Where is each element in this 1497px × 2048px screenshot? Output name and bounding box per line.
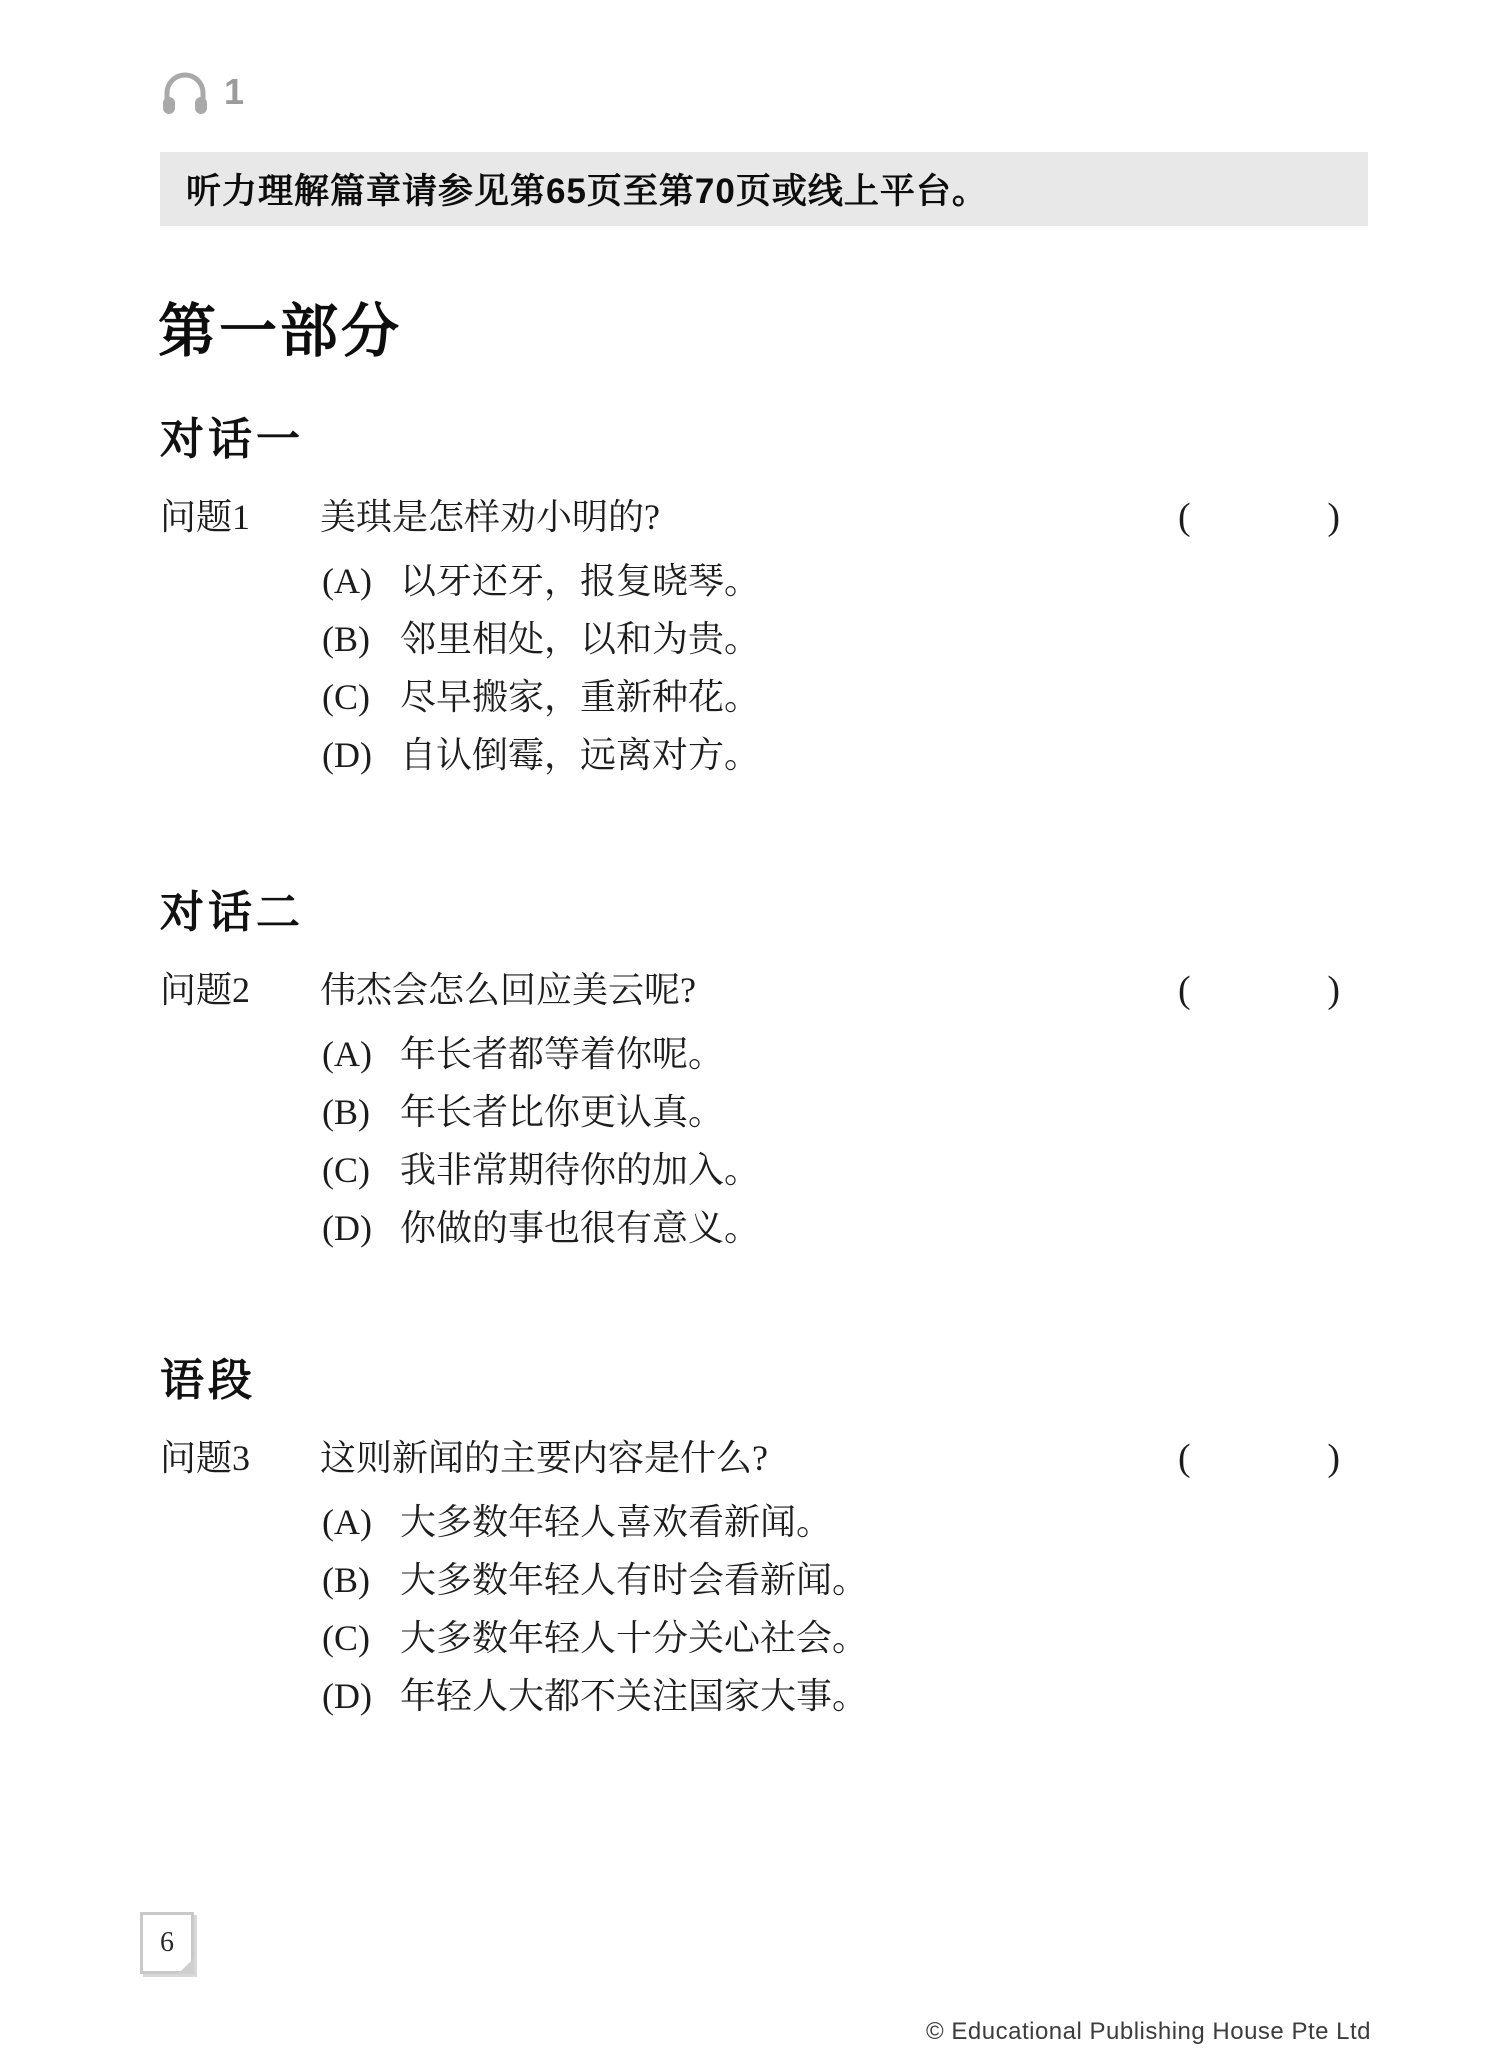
options-list: (A) 年长者都等着你呢。 (B) 年长者比你更认真。 (C) 我非常期待你的加… bbox=[160, 1034, 1370, 1249]
question-label: 问题2 bbox=[160, 970, 320, 1011]
option-text: 大多数年轻人有时会看新闻。 bbox=[400, 1560, 1370, 1601]
section-heading: 对话一 bbox=[160, 415, 1370, 465]
page-corner-fold-icon bbox=[178, 1958, 194, 1974]
option-letter: (A) bbox=[322, 1034, 400, 1075]
option-row: (C) 大多数年轻人十分关心社会。 bbox=[160, 1618, 1370, 1659]
option-text: 以牙还牙，报复晓琴。 bbox=[400, 561, 1370, 602]
listening-notice-banner: 听力理解篇章请参见第65页至第70页或线上平台。 bbox=[160, 152, 1368, 226]
bracket-open: ( bbox=[1178, 1438, 1191, 1479]
option-text: 我非常期待你的加入。 bbox=[400, 1150, 1370, 1191]
option-letter: (C) bbox=[322, 677, 400, 718]
option-text: 年长者都等着你呢。 bbox=[400, 1034, 1370, 1075]
option-row: (D) 年轻人大都不关注国家大事。 bbox=[160, 1676, 1370, 1717]
audio-track-number: 1 bbox=[224, 71, 244, 113]
question-row: 问题1 美琪是怎样劝小明的? ( ) bbox=[160, 497, 1370, 538]
option-row: (A) 年长者都等着你呢。 bbox=[160, 1034, 1370, 1075]
bracket-close: ) bbox=[1327, 970, 1340, 1011]
question-label: 问题1 bbox=[160, 497, 320, 538]
option-letter: (B) bbox=[322, 1560, 400, 1601]
document-page: 1 听力理解篇章请参见第65页至第70页或线上平台。 第一部分 对话一 问题1 … bbox=[0, 0, 1497, 2048]
option-row: (B) 邻里相处，以和为贵。 bbox=[160, 619, 1370, 660]
option-row: (A) 以牙还牙，报复晓琴。 bbox=[160, 561, 1370, 602]
option-letter: (A) bbox=[322, 1502, 400, 1543]
option-row: (D) 自认倒霉，远离对方。 bbox=[160, 735, 1370, 776]
option-letter: (A) bbox=[322, 561, 400, 602]
bracket-close: ) bbox=[1327, 497, 1340, 538]
section-dialogue-2: 对话二 问题2 伟杰会怎么回应美云呢? ( ) (A) 年长者都等着你呢。 (B… bbox=[160, 888, 1370, 1266]
option-text: 尽早搬家，重新种花。 bbox=[400, 677, 1370, 718]
question-label: 问题3 bbox=[160, 1438, 320, 1479]
options-list: (A) 以牙还牙，报复晓琴。 (B) 邻里相处，以和为贵。 (C) 尽早搬家，重… bbox=[160, 561, 1370, 776]
notice-text: 听力理解篇章请参见第65页至第70页或线上平台。 bbox=[186, 164, 988, 214]
part-title: 第一部分 bbox=[158, 284, 402, 368]
page-number: 6 bbox=[160, 1927, 174, 1959]
page-number-box: 6 bbox=[140, 1912, 194, 1974]
question-row: 问题3 这则新闻的主要内容是什么? ( ) bbox=[160, 1438, 1370, 1479]
answer-bracket: ( ) bbox=[1178, 497, 1340, 538]
section-heading: 对话二 bbox=[160, 888, 1370, 938]
bracket-open: ( bbox=[1178, 970, 1191, 1011]
section-passage: 语段 问题3 这则新闻的主要内容是什么? ( ) (A) 大多数年轻人喜欢看新闻… bbox=[160, 1356, 1370, 1734]
option-letter: (D) bbox=[322, 1208, 400, 1249]
option-text: 年轻人大都不关注国家大事。 bbox=[400, 1676, 1370, 1717]
option-row: (B) 年长者比你更认真。 bbox=[160, 1092, 1370, 1133]
section-heading: 语段 bbox=[160, 1356, 1370, 1406]
answer-bracket: ( ) bbox=[1178, 1438, 1340, 1479]
option-row: (C) 尽早搬家，重新种花。 bbox=[160, 677, 1370, 718]
headphones-icon bbox=[158, 66, 212, 118]
option-text: 大多数年轻人喜欢看新闻。 bbox=[400, 1502, 1370, 1543]
option-text: 年长者比你更认真。 bbox=[400, 1092, 1370, 1133]
option-letter: (C) bbox=[322, 1618, 400, 1659]
answer-bracket: ( ) bbox=[1178, 970, 1340, 1011]
option-row: (D) 你做的事也很有意义。 bbox=[160, 1208, 1370, 1249]
options-list: (A) 大多数年轻人喜欢看新闻。 (B) 大多数年轻人有时会看新闻。 (C) 大… bbox=[160, 1502, 1370, 1717]
option-text: 你做的事也很有意义。 bbox=[400, 1208, 1370, 1249]
option-letter: (B) bbox=[322, 1092, 400, 1133]
option-text: 邻里相处，以和为贵。 bbox=[400, 619, 1370, 660]
option-letter: (B) bbox=[322, 619, 400, 660]
copyright-notice: © Educational Publishing House Pte Ltd bbox=[926, 2018, 1371, 2046]
option-text: 大多数年轻人十分关心社会。 bbox=[400, 1618, 1370, 1659]
question-row: 问题2 伟杰会怎么回应美云呢? ( ) bbox=[160, 970, 1370, 1011]
bracket-open: ( bbox=[1178, 497, 1191, 538]
option-row: (A) 大多数年轻人喜欢看新闻。 bbox=[160, 1502, 1370, 1543]
option-letter: (D) bbox=[322, 735, 400, 776]
option-row: (B) 大多数年轻人有时会看新闻。 bbox=[160, 1560, 1370, 1601]
bracket-close: ) bbox=[1327, 1438, 1340, 1479]
audio-track-marker: 1 bbox=[158, 66, 244, 118]
section-dialogue-1: 对话一 问题1 美琪是怎样劝小明的? ( ) (A) 以牙还牙，报复晓琴。 (B… bbox=[160, 415, 1370, 793]
option-row: (C) 我非常期待你的加入。 bbox=[160, 1150, 1370, 1191]
option-text: 自认倒霉，远离对方。 bbox=[400, 735, 1370, 776]
option-letter: (D) bbox=[322, 1676, 400, 1717]
option-letter: (C) bbox=[322, 1150, 400, 1191]
